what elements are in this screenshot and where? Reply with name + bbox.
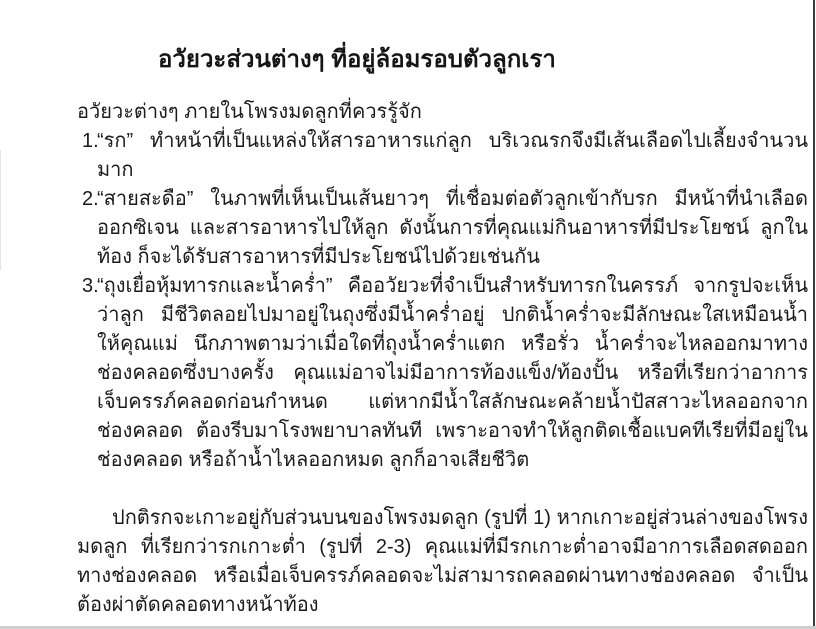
list-item: 1. “รก” ทำหน้าที่เป็นแหล่งให้สารอาหารแก่… (77, 127, 808, 185)
page-title: อวัยวะส่วนต่างๆ ที่อยู่ล้อมรอบตัวลูกเรา (158, 44, 808, 76)
list-item: 2. “สายสะดือ” ในภาพที่เห็นเป็นเส้นยาวๆ ท… (77, 185, 808, 272)
list-item-number: 3. (82, 272, 99, 301)
page-left-edge-line (0, 150, 1, 270)
list-item-text: “ถุงเยื่อหุ้มทารกและน้ำคร่ำ” คืออวัยวะที… (97, 275, 808, 471)
list-item-text: “รก” ทำหน้าที่เป็นแหล่งให้สารอาหารแก่ลูก… (97, 130, 808, 181)
page-content: อวัยวะส่วนต่างๆ ที่อยู่ล้อมรอบตัวลูกเรา … (77, 44, 808, 620)
list-item-number: 1. (82, 127, 99, 156)
closing-paragraph: ปกติรกจะเกาะอยู่กับส่วนบนของโพรงมดลูก (ร… (77, 504, 808, 620)
page-right-edge-line (813, 0, 815, 629)
list-item-text: “สายสะดือ” ในภาพที่เห็นเป็นเส้นยาวๆ ที่เ… (97, 188, 808, 268)
intro-line: อวัยวะต่างๆ ภายในโพรงมดลูกที่ควรรู้จัก (77, 98, 808, 127)
document-page: อวัยวะส่วนต่างๆ ที่อยู่ล้อมรอบตัวลูกเรา … (0, 0, 816, 629)
organ-list: 1. “รก” ทำหน้าที่เป็นแหล่งให้สารอาหารแก่… (77, 127, 808, 475)
list-item-number: 2. (82, 185, 99, 214)
list-item: 3. “ถุงเยื่อหุ้มทารกและน้ำคร่ำ” คืออวัยว… (77, 272, 808, 475)
